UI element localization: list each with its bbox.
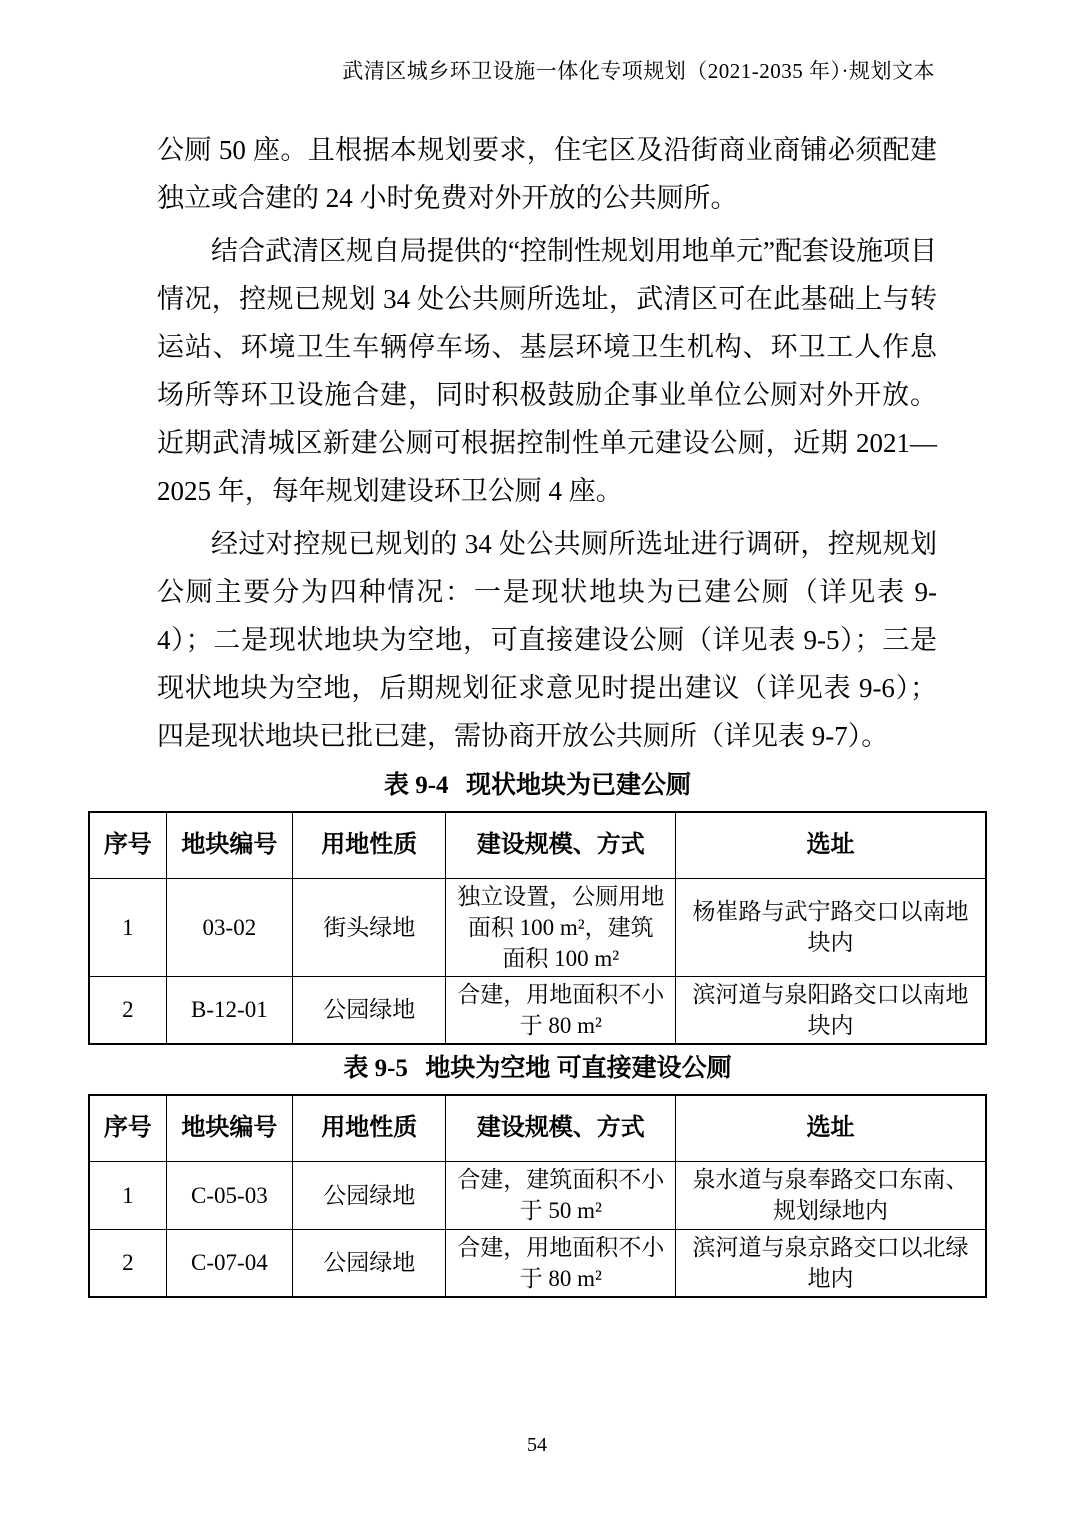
table-row: 1 03-02 街头绿地 独立设置，公厕用地面积 100 m²，建筑面积 100… bbox=[89, 878, 986, 976]
table-title-label: 表 9-4 bbox=[384, 772, 449, 799]
cell-parcel: C-05-03 bbox=[166, 1161, 292, 1229]
paragraph: 结合武清区规自局提供的“控制性规划用地单元”配套设施项目情况，控规已规划 34 … bbox=[157, 227, 937, 515]
page-number: 54 bbox=[0, 1434, 1074, 1457]
body-text: 公厕 50 座。且根据本规划要求，住宅区及沿街商业商铺必须配建独立或合建的 24… bbox=[157, 126, 937, 760]
col-header-site: 选址 bbox=[676, 1095, 986, 1161]
col-header-parcel: 地块编号 bbox=[166, 1095, 292, 1161]
cell-scale: 合建，建筑面积不小于 50 m² bbox=[446, 1161, 676, 1229]
table-row: 1 C-05-03 公园绿地 合建，建筑面积不小于 50 m² 泉水道与泉奉路交… bbox=[89, 1161, 986, 1229]
cell-landuse: 公园绿地 bbox=[293, 1229, 446, 1297]
cell-seq: 1 bbox=[89, 1161, 166, 1229]
cell-seq: 1 bbox=[89, 878, 166, 976]
col-header-scale: 建设规模、方式 bbox=[446, 1095, 676, 1161]
cell-scale: 独立设置，公厕用地面积 100 m²，建筑面积 100 m² bbox=[446, 878, 676, 976]
table-header-row: 序号 地块编号 用地性质 建设规模、方式 选址 bbox=[89, 1095, 986, 1161]
cell-seq: 2 bbox=[89, 976, 166, 1044]
col-header-landuse: 用地性质 bbox=[293, 1095, 446, 1161]
cell-parcel: B-12-01 bbox=[166, 976, 292, 1044]
table-title-label: 表 9-5 bbox=[343, 1055, 408, 1082]
cell-site: 滨河道与泉阳路交口以南地块内 bbox=[676, 976, 986, 1044]
table-title-text: 地块为空地 可直接建设公厕 bbox=[425, 1055, 731, 1082]
cell-landuse: 街头绿地 bbox=[293, 878, 446, 976]
table-9-4-title: 表 9-4现状地块为已建公厕 bbox=[88, 768, 987, 804]
cell-parcel: C-07-04 bbox=[166, 1229, 292, 1297]
paragraph: 公厕 50 座。且根据本规划要求，住宅区及沿街商业商铺必须配建独立或合建的 24… bbox=[157, 126, 937, 222]
col-header-seq: 序号 bbox=[89, 812, 166, 878]
cell-site: 泉水道与泉奉路交口东南、规划绿地内 bbox=[676, 1161, 986, 1229]
table-row: 2 C-07-04 公园绿地 合建，用地面积不小于 80 m² 滨河道与泉京路交… bbox=[89, 1229, 986, 1297]
table-9-5-title: 表 9-5地块为空地 可直接建设公厕 bbox=[88, 1051, 987, 1087]
col-header-site: 选址 bbox=[676, 812, 986, 878]
paragraph: 经过对控规已规划的 34 处公共厕所选址进行调研，控规规划公厕主要分为四种情况：… bbox=[157, 520, 937, 760]
cell-site: 滨河道与泉京路交口以北绿地内 bbox=[676, 1229, 986, 1297]
table-9-5-block: 表 9-5地块为空地 可直接建设公厕 序号 地块编号 用地性质 建设规模、方式 … bbox=[88, 1051, 987, 1298]
cell-site: 杨崔路与武宁路交口以南地块内 bbox=[676, 878, 986, 976]
table-9-4: 序号 地块编号 用地性质 建设规模、方式 选址 1 03-02 街头绿地 独立设… bbox=[88, 811, 987, 1045]
table-9-4-block: 表 9-4现状地块为已建公厕 序号 地块编号 用地性质 建设规模、方式 选址 1… bbox=[88, 768, 987, 1045]
cell-scale: 合建，用地面积不小于 80 m² bbox=[446, 1229, 676, 1297]
table-9-5: 序号 地块编号 用地性质 建设规模、方式 选址 1 C-05-03 公园绿地 合… bbox=[88, 1094, 987, 1298]
col-header-seq: 序号 bbox=[89, 1095, 166, 1161]
col-header-scale: 建设规模、方式 bbox=[446, 812, 676, 878]
col-header-landuse: 用地性质 bbox=[293, 812, 446, 878]
cell-landuse: 公园绿地 bbox=[293, 1161, 446, 1229]
table-title-text: 现状地块为已建公厕 bbox=[466, 772, 691, 799]
col-header-parcel: 地块编号 bbox=[166, 812, 292, 878]
cell-seq: 2 bbox=[89, 1229, 166, 1297]
running-header: 武清区城乡环卫设施一体化专项规划（2021-2035 年）·规划文本 bbox=[342, 56, 935, 86]
cell-landuse: 公园绿地 bbox=[293, 976, 446, 1044]
cell-parcel: 03-02 bbox=[166, 878, 292, 976]
table-row: 2 B-12-01 公园绿地 合建，用地面积不小于 80 m² 滨河道与泉阳路交… bbox=[89, 976, 986, 1044]
document-page: 武清区城乡环卫设施一体化专项规划（2021-2035 年）·规划文本 公厕 50… bbox=[0, 0, 1074, 1520]
table-header-row: 序号 地块编号 用地性质 建设规模、方式 选址 bbox=[89, 812, 986, 878]
cell-scale: 合建，用地面积不小于 80 m² bbox=[446, 976, 676, 1044]
